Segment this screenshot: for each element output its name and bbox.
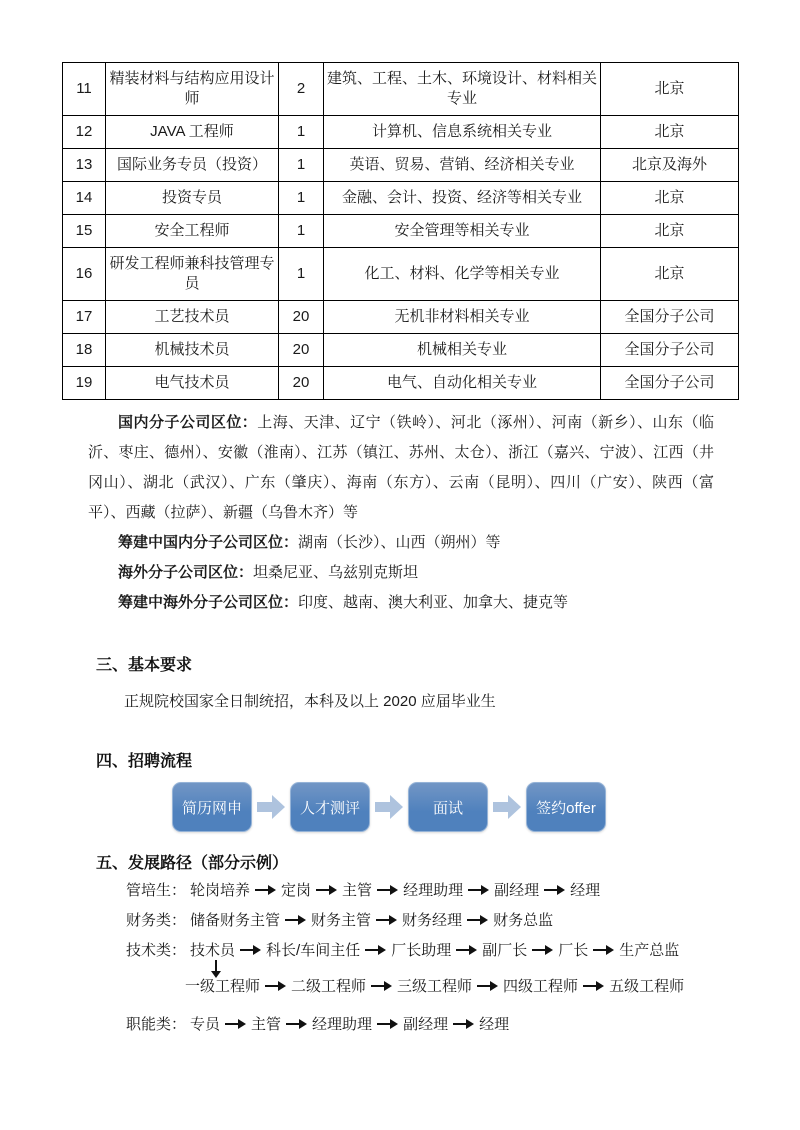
overseas-locations-text: 坦桑尼亚、乌兹别克斯坦 — [253, 564, 418, 581]
cell-majors: 金融、会计、投资、经济等相关专业 — [324, 182, 601, 215]
cell-majors: 建筑、工程、土木、环境设计、材料相关专业 — [324, 63, 601, 116]
flow-step: 面试 — [408, 782, 488, 832]
career-path-step: 财务主管 — [311, 912, 371, 929]
table-row: 11精装材料与结构应用设计师2建筑、工程、土木、环境设计、材料相关专业北京 — [63, 63, 739, 116]
table-row: 16研发工程师兼科技管理专员1化工、材料、化学等相关专业北京 — [63, 248, 739, 301]
locations-block: 国内分子公司区位：上海、天津、辽宁（铁岭）、河北（涿州）、河南（新乡）、山东（临… — [88, 408, 714, 618]
career-path-step: 五级工程师 — [609, 978, 684, 995]
planned-overseas-locations-paragraph: 筹建中海外分子公司区位：印度、越南、澳大利亚、加拿大、捷克等 — [88, 588, 714, 618]
table-row: 17工艺技术员20无机非材料相关专业全国分子公司 — [63, 301, 739, 334]
domestic-locations-paragraph: 国内分子公司区位：上海、天津、辽宁（铁岭）、河北（涿州）、河南（新乡）、山东（临… — [88, 408, 714, 528]
cell-majors: 化工、材料、化学等相关专业 — [324, 248, 601, 301]
right-arrow-icon — [255, 885, 276, 895]
table-row: 12JAVA 工程师1计算机、信息系统相关专业北京 — [63, 116, 739, 149]
cell-no: 13 — [63, 149, 106, 182]
cell-position: 电气技术员 — [106, 367, 279, 400]
right-arrow-icon — [265, 981, 286, 991]
right-arrow-icon — [477, 981, 498, 991]
career-path-step: 定岗 — [281, 882, 311, 899]
career-path-step: 二级工程师 — [291, 978, 366, 995]
cell-position: 精装材料与结构应用设计师 — [106, 63, 279, 116]
flow-step: 签约offer — [526, 782, 606, 832]
cell-majors: 计算机、信息系统相关专业 — [324, 116, 601, 149]
cell-position: 国际业务专员（投资） — [106, 149, 279, 182]
career-path-step: 经理助理 — [403, 882, 463, 899]
cell-no: 18 — [63, 334, 106, 367]
career-path-line: 职能类：专员主管经理助理副经理经理 — [126, 1010, 746, 1040]
cell-position: 安全工程师 — [106, 215, 279, 248]
overseas-locations-paragraph: 海外分子公司区位：坦桑尼亚、乌兹别克斯坦 — [88, 558, 714, 588]
right-arrow-icon — [225, 1019, 246, 1029]
cell-majors: 电气、自动化相关专业 — [324, 367, 601, 400]
right-arrow-icon — [467, 915, 488, 925]
cell-count: 1 — [279, 182, 324, 215]
right-arrow-icon — [316, 885, 337, 895]
planned-domestic-locations-paragraph: 筹建中国内分子公司区位：湖南（长沙）、山西（朔州）等 — [88, 528, 714, 558]
table-row: 19电气技术员20电气、自动化相关专业全国分子公司 — [63, 367, 739, 400]
table-row: 14投资专员1金融、会计、投资、经济等相关专业北京 — [63, 182, 739, 215]
career-path-step: 厂长 — [558, 942, 588, 959]
career-path-line: 财务类：储备财务主管财务主管财务经理财务总监 — [126, 906, 746, 936]
cell-location: 北京及海外 — [601, 149, 739, 182]
process-flowchart: 简历网申人才测评面试签约offer — [172, 782, 606, 832]
table-row: 13国际业务专员（投资）1英语、贸易、营销、经济相关专业北京及海外 — [63, 149, 739, 182]
planned-overseas-locations-text: 印度、越南、澳大利亚、加拿大、捷克等 — [298, 594, 568, 611]
right-arrow-icon — [286, 1019, 307, 1029]
cell-count: 1 — [279, 116, 324, 149]
section-heading-requirements: 三、基本要求 — [96, 652, 192, 675]
overseas-locations-label: 海外分子公司区位： — [118, 564, 253, 581]
cell-majors: 无机非材料相关专业 — [324, 301, 601, 334]
career-path-step: 副厂长 — [482, 942, 527, 959]
career-paths: 管培生：轮岗培养定岗主管经理助理副经理经理财务类：储备财务主管财务主管财务经理财… — [126, 876, 746, 1040]
cell-position: 机械技术员 — [106, 334, 279, 367]
right-arrow-icon — [377, 1019, 398, 1029]
career-path-line: 管培生：轮岗培养定岗主管经理助理副经理经理 — [126, 876, 746, 906]
cell-location: 全国分子公司 — [601, 334, 739, 367]
career-path-step: 技术员 — [190, 942, 235, 959]
career-path-step: 财务总监 — [493, 912, 553, 929]
cell-position: 投资专员 — [106, 182, 279, 215]
right-arrow-icon — [372, 795, 406, 819]
career-path-label: 财务类： — [126, 912, 186, 929]
planned-overseas-locations-label: 筹建中海外分子公司区位： — [118, 594, 298, 611]
cell-location: 全国分子公司 — [601, 301, 739, 334]
positions-table: 11精装材料与结构应用设计师2建筑、工程、土木、环境设计、材料相关专业北京12J… — [62, 62, 739, 400]
career-path-step: 一级工程师 — [185, 978, 260, 995]
right-arrow-icon — [377, 885, 398, 895]
cell-count: 20 — [279, 301, 324, 334]
career-path-step: 经理 — [570, 882, 600, 899]
cell-no: 17 — [63, 301, 106, 334]
cell-count: 1 — [279, 215, 324, 248]
right-arrow-icon — [371, 981, 392, 991]
document-page: 11精装材料与结构应用设计师2建筑、工程、土木、环境设计、材料相关专业北京12J… — [0, 0, 800, 1130]
requirements-text: 正规院校国家全日制统招，本科及以上 2020 应届毕业生 — [124, 690, 496, 711]
cell-count: 1 — [279, 248, 324, 301]
cell-position: JAVA 工程师 — [106, 116, 279, 149]
planned-domestic-locations-text: 湖南（长沙）、山西（朔州）等 — [298, 534, 501, 551]
right-arrow-icon — [365, 945, 386, 955]
career-path-step: 专员 — [190, 1016, 220, 1033]
career-path-label: 管培生： — [126, 882, 186, 899]
right-arrow-icon — [490, 795, 524, 819]
cell-majors: 机械相关专业 — [324, 334, 601, 367]
career-path-line: 一级工程师二级工程师三级工程师四级工程师五级工程师 — [185, 972, 746, 1002]
planned-domestic-locations-label: 筹建中国内分子公司区位： — [118, 534, 298, 551]
right-arrow-icon — [456, 945, 477, 955]
cell-location: 北京 — [601, 116, 739, 149]
section-heading-process: 四、招聘流程 — [96, 748, 192, 771]
cell-count: 2 — [279, 63, 324, 116]
cell-no: 14 — [63, 182, 106, 215]
cell-majors: 安全管理等相关专业 — [324, 215, 601, 248]
cell-location: 北京 — [601, 63, 739, 116]
cell-location: 北京 — [601, 215, 739, 248]
career-path-step: 财务经理 — [402, 912, 462, 929]
career-path-step: 经理助理 — [312, 1016, 372, 1033]
right-arrow-icon — [544, 885, 565, 895]
career-path-label: 职能类： — [126, 1016, 186, 1033]
career-path-step: 轮岗培养 — [190, 882, 250, 899]
career-path-step: 主管 — [342, 882, 372, 899]
career-path-step: 厂长助理 — [391, 942, 451, 959]
cell-no: 11 — [63, 63, 106, 116]
career-path-label: 技术类： — [126, 942, 186, 959]
flow-step: 人才测评 — [290, 782, 370, 832]
cell-location: 北京 — [601, 182, 739, 215]
flow-step: 简历网申 — [172, 782, 252, 832]
positions-table-body: 11精装材料与结构应用设计师2建筑、工程、土木、环境设计、材料相关专业北京12J… — [63, 63, 739, 400]
cell-no: 19 — [63, 367, 106, 400]
right-arrow-icon — [583, 981, 604, 991]
career-path-step: 储备财务主管 — [190, 912, 280, 929]
career-path-step: 副经理 — [403, 1016, 448, 1033]
cell-position: 研发工程师兼科技管理专员 — [106, 248, 279, 301]
cell-location: 北京 — [601, 248, 739, 301]
cell-no: 15 — [63, 215, 106, 248]
right-arrow-icon — [593, 945, 614, 955]
right-arrow-icon — [532, 945, 553, 955]
career-path-step: 四级工程师 — [503, 978, 578, 995]
right-arrow-icon — [240, 945, 261, 955]
cell-no: 12 — [63, 116, 106, 149]
career-path-step: 主管 — [251, 1016, 281, 1033]
domestic-locations-label: 国内分子公司区位： — [118, 414, 257, 431]
table-row: 18机械技术员20机械相关专业全国分子公司 — [63, 334, 739, 367]
right-arrow-icon — [285, 915, 306, 925]
career-path-step: 副经理 — [494, 882, 539, 899]
down-arrow-icon — [210, 960, 222, 978]
career-path-step: 三级工程师 — [397, 978, 472, 995]
table-row: 15安全工程师1安全管理等相关专业北京 — [63, 215, 739, 248]
cell-count: 1 — [279, 149, 324, 182]
right-arrow-icon — [468, 885, 489, 895]
right-arrow-icon — [453, 1019, 474, 1029]
right-arrow-icon — [376, 915, 397, 925]
cell-majors: 英语、贸易、营销、经济相关专业 — [324, 149, 601, 182]
career-path-step: 经理 — [479, 1016, 509, 1033]
section-heading-career-path: 五、发展路径（部分示例） — [96, 850, 288, 873]
cell-count: 20 — [279, 367, 324, 400]
career-path-step: 生产总监 — [619, 942, 679, 959]
cell-count: 20 — [279, 334, 324, 367]
career-path-step: 科长/车间主任 — [266, 942, 360, 959]
cell-position: 工艺技术员 — [106, 301, 279, 334]
cell-no: 16 — [63, 248, 106, 301]
right-arrow-icon — [254, 795, 288, 819]
cell-location: 全国分子公司 — [601, 367, 739, 400]
